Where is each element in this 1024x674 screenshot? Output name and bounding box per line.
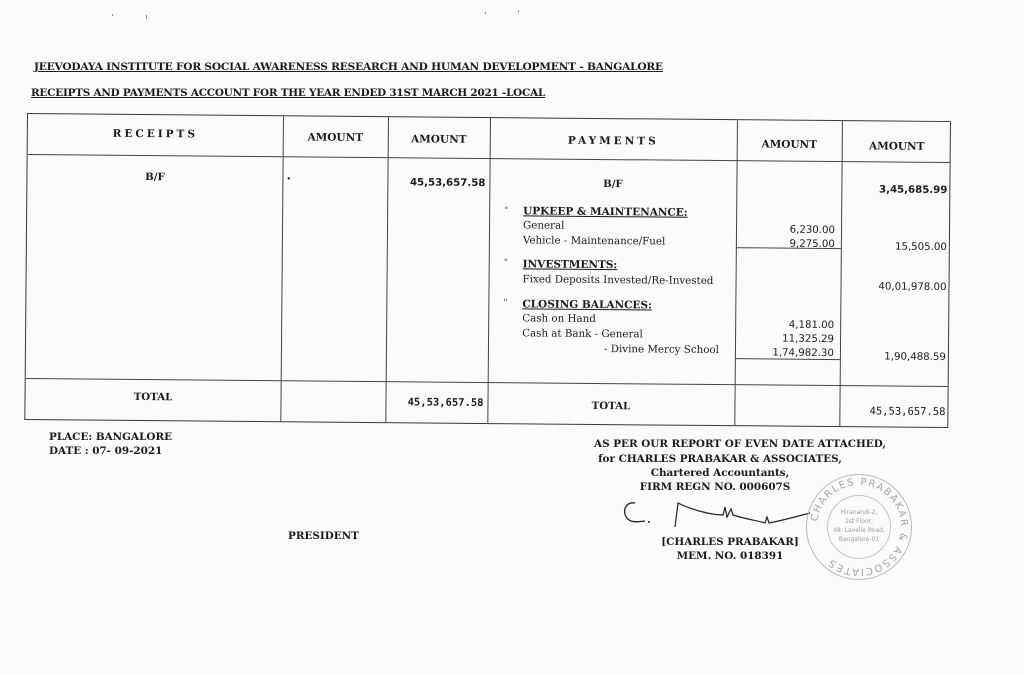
payment-item-cash-at-bank-general-amount: 11,325.29 — [735, 333, 834, 345]
payment-item-divine-mercy-school: - Divine Mercy School — [522, 342, 719, 356]
firm-seal-stamp: CHARLES PRABAKAR & ASSOCIATES Hiranandi-… — [806, 474, 912, 580]
section-total-investments: 40,01,978.00 — [840, 281, 946, 293]
payment-item-vehicle-amount: 9,275.00 — [736, 238, 835, 250]
payment-item-cash-on-hand-amount: 4,181.00 — [735, 319, 834, 331]
header-receipts-amount-2: AMOUNT — [388, 133, 490, 146]
column-divider — [487, 118, 491, 423]
president-signatory: PRESIDENT — [288, 530, 359, 542]
signature-icon — [615, 495, 815, 535]
statement-title: RECEIPTS AND PAYMENTS ACCOUNT FOR THE YE… — [31, 87, 545, 99]
payment-item-general: General — [523, 219, 565, 231]
receipts-bf-amount-2: 45,53,657.58 — [387, 177, 485, 189]
auditor-firm-line: for CHARLES PRABAKAR & ASSOCIATES, — [560, 453, 880, 465]
payment-item-vehicle: Vehicle - Maintenance/Fuel — [523, 234, 666, 247]
header-receipts: RECEIPTS — [28, 127, 283, 141]
payments-bf-label: B/F — [489, 177, 736, 191]
section-total-upkeep: 15,505.00 — [841, 241, 947, 253]
place-label: PLACE: BANGALORE — [49, 431, 172, 443]
payments-total-label: TOTAL — [487, 399, 734, 413]
header-payments-amount-1: AMOUNT — [737, 138, 842, 151]
auditor-name: [CHARLES PRABAKAR] — [640, 536, 820, 548]
seal-address-line: Bangalore-01 — [828, 535, 890, 544]
scan-speck — [112, 14, 113, 16]
receipts-total-label: TOTAL — [25, 390, 280, 404]
receipts-payments-table: RECEIPTS AMOUNT AMOUNT PAYMENTS AMOUNT A… — [24, 113, 951, 428]
payment-item-cash-on-hand: Cash on Hand — [522, 312, 596, 325]
payment-item-fixed-deposits: Fixed Deposits Invested/Re-Invested — [523, 273, 714, 287]
header-payments-amount-2: AMOUNT — [842, 140, 952, 153]
section-marker: " — [504, 206, 508, 216]
auditor-report-line: AS PER OUR REPORT OF EVEN DATE ATTACHED, — [560, 438, 920, 450]
payment-item-general-amount: 6,230.00 — [736, 224, 835, 236]
payment-item-divine-mercy-school-amount: 1,74,982.30 — [735, 347, 834, 359]
section-marker: " — [504, 258, 508, 268]
header-receipts-amount-1: AMOUNT — [283, 131, 388, 144]
scan-speck — [146, 15, 147, 19]
receipts-bf-amount-1: • — [286, 174, 291, 183]
payment-item-cash-at-bank-general: Cash at Bank - General — [522, 327, 643, 340]
column-divider — [734, 120, 738, 425]
seal-address-line: 48, Lavelle Road, — [828, 526, 890, 535]
receipts-total-amount: 45,53,657.58 — [385, 396, 483, 409]
section-total-closing-balances: 1,90,488.59 — [840, 351, 946, 363]
auditor-membership-number: MEM. NO. 018391 — [640, 550, 820, 562]
section-heading-closing-balances: CLOSING BALANCES: — [522, 298, 652, 311]
section-heading-investments: INVESTMENTS: — [523, 258, 618, 271]
scan-speck — [518, 10, 519, 12]
section-marker: " — [503, 298, 507, 308]
section-heading-upkeep: UPKEEP & MAINTENANCE: — [523, 205, 688, 218]
date-label: DATE : 07- 09-2021 — [49, 445, 162, 457]
scan-speck — [485, 12, 486, 14]
column-divider — [280, 116, 284, 421]
receipts-bf-label: B/F — [27, 170, 282, 184]
seal-address: Hiranandi-2, 1st Floor, 48, Lavelle Road… — [828, 508, 890, 544]
organization-title: JEEVODAYA INSTITUTE FOR SOCIAL AWARENESS… — [34, 61, 663, 73]
seal-inner-ring: Hiranandi-2, 1st Floor, 48, Lavelle Road… — [827, 495, 891, 559]
payments-bf-amount: 3,45,685.99 — [841, 184, 947, 196]
seal-address-line: 1st Floor, — [828, 517, 890, 526]
column-divider — [385, 117, 389, 422]
column-divider — [839, 121, 843, 426]
payments-total-amount: 45,53,657.58 — [839, 405, 945, 418]
header-payments: PAYMENTS — [490, 134, 737, 148]
seal-address-line: Hiranandi-2, — [828, 508, 890, 517]
